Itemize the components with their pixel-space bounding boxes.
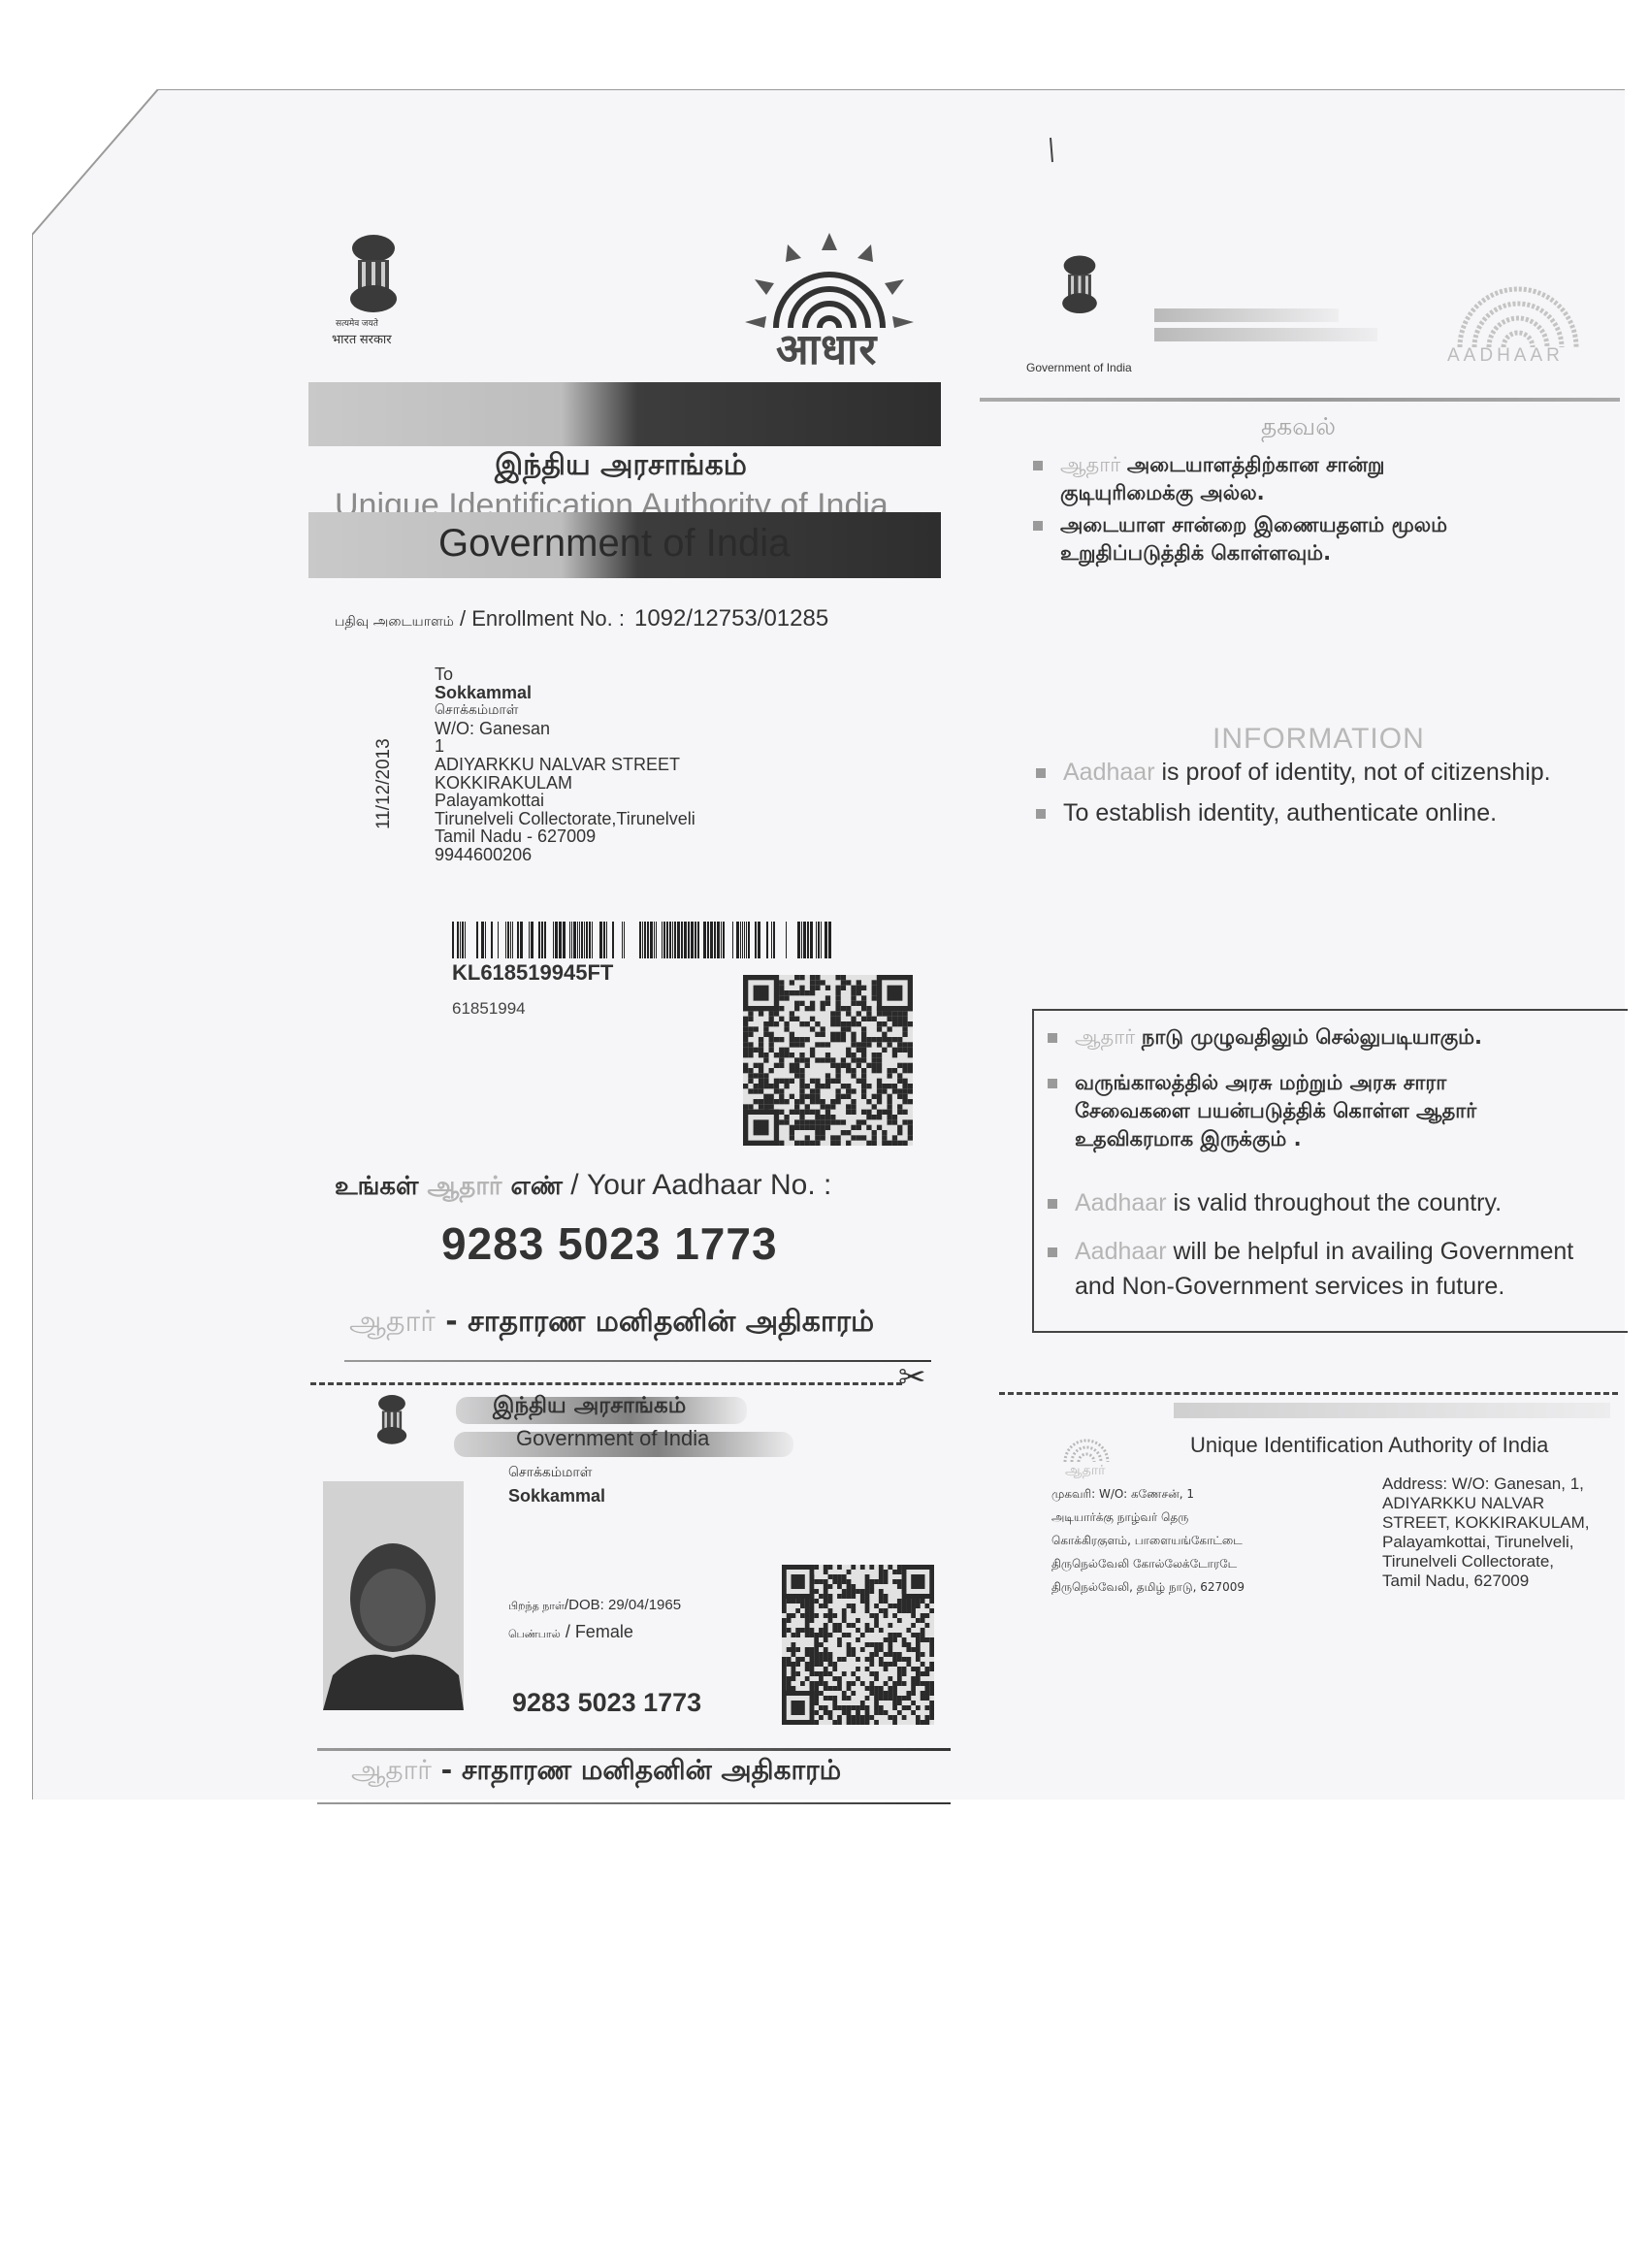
- national-emblem-icon: [1057, 254, 1102, 316]
- card-title-ta: இந்திய அரசாங்கம்: [493, 1393, 686, 1421]
- address-line: ADIYARKKU NALVAR STREET: [435, 756, 695, 774]
- emblem-motto: सत्यमेव जयते: [336, 316, 378, 329]
- address-line: Tirunelveli Collectorate,Tirunelveli: [435, 810, 695, 828]
- gov-english-title: Government of India: [438, 522, 790, 566]
- gender: பெண்பால் / Female: [508, 1622, 633, 1642]
- card-qr-code: [782, 1565, 934, 1725]
- gov-tamil-title: இந்திய அரசாங்கம்: [495, 448, 747, 486]
- card-aadhaar-number: 9283 5023 1773: [512, 1688, 701, 1718]
- cut-line: [999, 1392, 1618, 1395]
- info-bullet: ஆதார் அடையாளத்திற்கான சான்றுகுடியுரிமைக்…: [1033, 451, 1615, 507]
- card-name-ta: சொக்கம்மாள்: [508, 1465, 592, 1482]
- address-line: Tamil Nadu - 627009: [435, 827, 695, 846]
- phone-number: 9944600206: [435, 846, 695, 864]
- info-bullets-en: Aadhaar is proof of identity, not of cit…: [1036, 755, 1637, 830]
- enrollment-line: பதிவு அடையாளம் / Enrollment No. :1092/12…: [335, 605, 828, 632]
- info-bullet: ஆதார் நாடு முழுவதிலும் செல்லுபடியாகும்.: [1048, 1023, 1620, 1052]
- uidai-title: Unique Identification Authority of India: [1190, 1433, 1548, 1458]
- info-box-bullets-en: Aadhaar is valid throughout the country.…: [1048, 1185, 1630, 1304]
- letter-date: 11/12/2013: [373, 738, 395, 829]
- divider: [317, 1802, 951, 1804]
- fingerprint-icon: [1057, 1409, 1115, 1467]
- info-bullet: வருங்காலத்தில் அரசு மற்றும் அரசு சாராசேவ…: [1048, 1069, 1620, 1153]
- faded-header: [1154, 308, 1339, 322]
- barcode: [452, 922, 832, 958]
- your-aadhaar-label: உங்கள் ஆதார் எண் / Your Aadhaar No. :: [335, 1169, 831, 1204]
- card-name-en: Sokkammal: [508, 1486, 605, 1507]
- info-title-en: INFORMATION: [1212, 723, 1425, 756]
- aadhaar-number: 9283 5023 1773: [441, 1217, 778, 1270]
- emblem-caption: भारत सरकार: [332, 330, 392, 347]
- fingerprint-icon: [1436, 270, 1600, 347]
- info-bullet: To establish identity, authenticate onli…: [1036, 795, 1637, 830]
- reference-number: 61851994: [452, 999, 526, 1019]
- recipient-address: To Sokkammal சொக்கம்மாள் W/O: Ganesan 1 …: [435, 665, 695, 864]
- enrollment-label: / Enrollment No. :: [454, 606, 625, 631]
- faded-header: [1154, 328, 1377, 341]
- enrollment-label-ta: பதிவு அடையாளம்: [335, 614, 454, 630]
- aadhaar-logo-faint-text: ஆதார்: [1065, 1463, 1105, 1480]
- national-emblem-icon: [344, 233, 403, 316]
- card-tagline: ஆதார் - சாதாரண மனிதனின் அதிகாரம்: [351, 1754, 841, 1790]
- faded-header: [1174, 1403, 1610, 1418]
- gov-label: Government of India: [1026, 361, 1132, 374]
- address-english: Address: W/O: Ganesan, 1, ADIYARKKU NALV…: [1382, 1474, 1590, 1591]
- aadhaar-logo: आधार: [737, 233, 921, 369]
- address-line: Palayamkottai: [435, 792, 695, 810]
- info-box-bullets-ta: ஆதார் நாடு முழுவதிலும் செல்லுபடியாகும். …: [1048, 1023, 1620, 1153]
- address-line: KOKKIRAKULAM: [435, 774, 695, 793]
- national-emblem-icon: [373, 1393, 410, 1447]
- info-bullet: அடையாள சான்றை இணையதளம் மூலம்உறுதிப்படுத்…: [1033, 511, 1615, 567]
- divider: [980, 398, 1620, 402]
- date-of-birth: பிறந்த நாள்/DOB: 29/04/1965: [508, 1597, 681, 1614]
- address-line: 1: [435, 737, 695, 756]
- enrollment-number: 1092/12753/01285: [634, 605, 828, 632]
- info-bullet: Aadhaar will be helpful in availing Gove…: [1048, 1234, 1630, 1304]
- recipient-name-ta: சொக்கம்மாள்: [435, 701, 695, 720]
- scissors-icon: ✂: [898, 1358, 926, 1397]
- info-title-ta: தகவல்: [1261, 412, 1336, 444]
- fingerprint-sun-icon: [737, 233, 921, 330]
- aadhaar-logo-text: आधार: [776, 318, 877, 376]
- aadhaar-logo-word: AADHAAR: [1447, 345, 1564, 367]
- divider: [317, 1748, 951, 1751]
- info-bullets-ta: ஆதார் அடையாளத்திற்கான சான்றுகுடியுரிமைக்…: [1033, 451, 1615, 567]
- tracking-number: KL618519945FT: [452, 960, 613, 986]
- card-title-en: Government of India: [516, 1426, 709, 1451]
- recipient-name: Sokkammal: [435, 684, 695, 702]
- recipient-relation: W/O: Ganesan: [435, 720, 695, 738]
- cut-line: [310, 1382, 902, 1385]
- to-label: To: [435, 665, 695, 684]
- aadhaar-logo-faint: AADHAAR: [1436, 270, 1600, 376]
- address-tamil: முகவரி: W/O: கணேசன், 1 அடியார்க்கு நாழ்வ…: [1051, 1482, 1245, 1599]
- qr-code: [743, 975, 913, 1146]
- tagline: ஆதார் - சாதாரண மனிதனின் அதிகாரம்: [349, 1305, 874, 1343]
- header-band: [308, 382, 941, 446]
- info-bullet: Aadhaar is valid throughout the country.: [1048, 1185, 1630, 1220]
- info-bullet: Aadhaar is proof of identity, not of cit…: [1036, 755, 1637, 790]
- divider: [344, 1360, 931, 1362]
- holder-photo: [323, 1481, 464, 1710]
